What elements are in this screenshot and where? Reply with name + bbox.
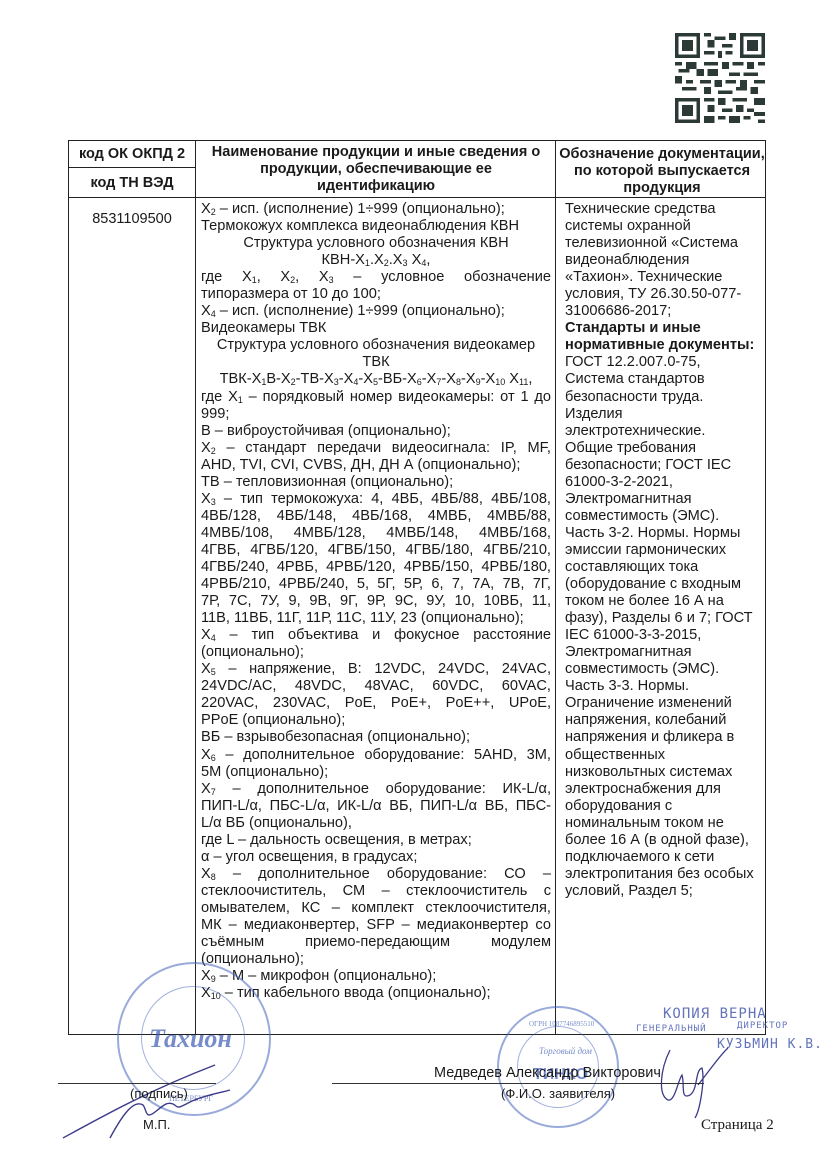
documentation-line: подключаемого к сети xyxy=(565,849,765,866)
page-number: Страница 2 xyxy=(701,1117,774,1134)
documentation-line: Часть 3-2. Нормы. Нормы xyxy=(565,525,765,542)
documentation-line: нормативные документы: xyxy=(565,337,765,354)
description-line: съёмным приемо-передающим модулем xyxy=(201,934,551,951)
documentation-line: видеонаблюдения xyxy=(565,252,765,269)
description-line: X7 – дополнительное оборудование: ИК-L/α… xyxy=(201,781,551,798)
description-line: стеклоочиститель, СМ – стеклоочиститель … xyxy=(201,883,551,900)
documentation-line: безопасности; ГОСТ IEC xyxy=(565,457,765,474)
description-line: Структура условного обозначения КВН xyxy=(201,235,551,252)
header-bottom-line xyxy=(69,197,765,198)
documentation-line: Часть 3-3. Нормы. xyxy=(565,678,765,695)
description-line: 5M (опционально); xyxy=(201,764,551,781)
description-line: МК – медиаконвертер, SFP – медиаконверте… xyxy=(201,917,551,934)
applicant-caption: (Ф.И.О. заявителя) xyxy=(501,1086,615,1101)
description-line: ТВК-X1В-X2-ТВ-X3-X4-X5-ВБ-X6-X7-X8-X9-X1… xyxy=(201,371,551,388)
applicant-name: Медведев Александр Викторович xyxy=(434,1065,661,1081)
documentation-line: Система стандартов xyxy=(565,371,765,388)
product-table: код ОК ОКПД 2 код ТН ВЭД Наименование пр… xyxy=(68,140,766,1035)
description-line: КВН-X1.X2.X3 X4, xyxy=(201,252,551,269)
seal-ogrn: ОГРН 1087746895510 xyxy=(529,1020,594,1028)
copy-stamp-title: КОПИЯ ВЕРНА xyxy=(663,1006,767,1022)
description-line: 4ГВБ, 4ГВБ/120, 4ГВБ/150, 4ГВБ/180, 4ГВБ… xyxy=(201,542,551,559)
signature-right xyxy=(650,1040,730,1120)
documentation-line: током не более 16 А на xyxy=(565,593,765,610)
description-line: (опционально); xyxy=(201,644,551,661)
documentation-line: электроснабжения для xyxy=(565,781,765,798)
header-product-name: Наименование продукции и иные сведения о… xyxy=(201,144,551,195)
description-line: X2 – стандарт передачи видеосигнала: IP,… xyxy=(201,440,551,457)
description-line: где L – дальность освещения, в метрах; xyxy=(201,832,551,849)
documentation-line: ГОСТ 12.2.007.0-75, xyxy=(565,354,765,371)
description-line: Видеокамеры ТВК xyxy=(201,320,551,337)
description-line: 24VDC/AC, 48VDC, 48VAC, 60VDC, 60VAC, xyxy=(201,678,551,695)
copy-stamp-position-2: ДИРЕКТОР xyxy=(737,1021,788,1031)
description-line: 7Р, 7С, 7У, 9, 9В, 9Г, 9Р, 9С, 9У, 10, 1… xyxy=(201,593,551,610)
description-line: X6 – дополнительное оборудование: 5AHD, … xyxy=(201,747,551,764)
description-line: 4РВБ/210, 4РВБ/240, 5, 5Г, 5Р, 6, 7, 7А,… xyxy=(201,576,551,593)
description-line: X4 – тип объектива и фокусное расстояние xyxy=(201,627,551,644)
description-line: 4МВБ/108, 4МВБ/128, 4МВБ/148, 4МВБ/168, xyxy=(201,525,551,542)
description-line: X4 – исп. (исполнение) 1÷999 (опциональн… xyxy=(201,303,551,320)
description-line: омывателем, КС – комплект стеклоочистите… xyxy=(201,900,551,917)
documentation-line: «Тахион». Технические xyxy=(565,269,765,286)
documentation-list: Технические средствасистемы охраннойтеле… xyxy=(565,201,765,900)
description-line: Термокожух комплекса видеонаблюдения КВН xyxy=(201,218,551,235)
documentation-line: совместимость (ЭМС). xyxy=(565,508,765,525)
documentation-line: электропитания без особых xyxy=(565,866,765,883)
documentation-line: низковольтных системах xyxy=(565,764,765,781)
applicant-name-line xyxy=(332,1083,704,1084)
product-description: X2 – исп. (исполнение) 1÷999 (опциональн… xyxy=(201,201,551,1002)
documentation-line: IEC 61000-3-3-2015, xyxy=(565,627,765,644)
header-tn-ved: код ТН ВЭД xyxy=(69,175,195,192)
signature-line xyxy=(58,1083,216,1084)
description-line: где X1, X2, X3 – условное обозначение xyxy=(201,269,551,286)
column-divider xyxy=(195,141,196,1034)
documentation-line: системы охранной xyxy=(565,218,765,235)
documentation-line: Стандарты и иные xyxy=(565,320,765,337)
seal-center-text: Торговый дом xyxy=(539,1046,592,1056)
seal-center-text: Тахион xyxy=(149,1024,232,1054)
signature-caption: (подпись) xyxy=(130,1086,188,1101)
documentation-line: номинальным током не xyxy=(565,815,765,832)
seal-placeholder-label: М.П. xyxy=(143,1117,170,1132)
documentation-line: напряжения и фликера в xyxy=(565,729,765,746)
documentation-line: 61000-3-2-2021, xyxy=(565,474,765,491)
product-code: 8531109500 xyxy=(69,211,195,228)
description-line: AHD, TVI, CVI, CVBS, ДН, ДН А (опциональ… xyxy=(201,457,551,474)
description-line: ТВ – тепловизионная (опционально); xyxy=(201,474,551,491)
documentation-line: электротехнические. xyxy=(565,423,765,440)
documentation-line: оборудования с xyxy=(565,798,765,815)
documentation-line: условий, Раздел 5; xyxy=(565,883,765,900)
description-line: X3 – тип термокожуха: 4, 4ВБ, 4ВБ/88, 4В… xyxy=(201,491,551,508)
documentation-line: Электромагнитная xyxy=(565,644,765,661)
documentation-line: общественных xyxy=(565,747,765,764)
description-line: ПИП-L/α, ПБС-L/α, ИК-L/α ВБ, ПИП-L/α ВБ,… xyxy=(201,798,551,815)
description-line: (опционально); xyxy=(201,951,551,968)
header-documentation: Обозначение документации, по которой вып… xyxy=(559,146,765,197)
documentation-line: 31006686-2017; xyxy=(565,303,765,320)
documentation-line: условия, ТУ 26.30.50-077- xyxy=(565,286,765,303)
description-line: L/α ВБ (опционально), xyxy=(201,815,551,832)
documentation-line: совместимость (ЭМС). xyxy=(565,661,765,678)
documentation-line: Электромагнитная xyxy=(565,491,765,508)
description-line: Структура условного обозначения видеокам… xyxy=(201,337,551,354)
documentation-line: Изделия xyxy=(565,406,765,423)
header-okpd2: код ОК ОКПД 2 xyxy=(69,146,195,163)
documentation-line: Общие требования xyxy=(565,440,765,457)
copy-stamp-position: ГЕНЕРАЛЬНЫЙ xyxy=(636,1024,707,1034)
description-line: X2 – исп. (исполнение) 1÷999 (опциональн… xyxy=(201,201,551,218)
description-line: 999; xyxy=(201,406,551,423)
description-line: X5 – напряжение, В: 12VDC, 24VDC, 24VAC, xyxy=(201,661,551,678)
documentation-line: эмиссии гармонических xyxy=(565,542,765,559)
description-line: ВБ – взрывобезопасная (опционально); xyxy=(201,729,551,746)
description-line: В – виброустойчивая (опционально); xyxy=(201,423,551,440)
documentation-line: фазу), Разделы 6 и 7; ГОСТ xyxy=(565,610,765,627)
documentation-line: составляющих тока xyxy=(565,559,765,576)
description-line: 4ВБ/128, 4ВБ/148, 4ВБ/168, 4МВБ, 4МВБ/88… xyxy=(201,508,551,525)
description-line: 11В, 11ВБ, 11Г, 11Р, 11С, 11У, 23 (опцио… xyxy=(201,610,551,627)
description-line: ТВК xyxy=(201,354,551,371)
qr-code xyxy=(675,33,765,123)
header-split-line xyxy=(69,167,195,168)
description-line: α – угол освещения, в градусах; xyxy=(201,849,551,866)
documentation-line: Ограничение изменений xyxy=(565,695,765,712)
copy-stamp-name: КУЗЬМИН К.В. xyxy=(717,1037,823,1052)
description-line: X9 – М – микрофон (опционально); xyxy=(201,968,551,985)
documentation-line: безопасности труда. xyxy=(565,389,765,406)
description-line: 4ГВБ/240, 4РВБ, 4РВБ/120, 4РВБ/150, 4РВБ… xyxy=(201,559,551,576)
column-divider xyxy=(555,141,556,1034)
description-line: типоразмера от 10 до 100; xyxy=(201,286,551,303)
description-line: 220VAC, 230VAC, PoE, PoE+, PoE++, UPoE, xyxy=(201,695,551,712)
description-line: X8 – дополнительное оборудование: СО – xyxy=(201,866,551,883)
documentation-line: Технические средства xyxy=(565,201,765,218)
documentation-line: более 16 А (в одной фазе), xyxy=(565,832,765,849)
description-line: где X1 – порядковый номер видеокамеры: о… xyxy=(201,389,551,406)
description-line: PPoE (опционально); xyxy=(201,712,551,729)
documentation-line: напряжения, колебаний xyxy=(565,712,765,729)
documentation-line: (оборудование с входным xyxy=(565,576,765,593)
documentation-line: телевизионной «Система xyxy=(565,235,765,252)
